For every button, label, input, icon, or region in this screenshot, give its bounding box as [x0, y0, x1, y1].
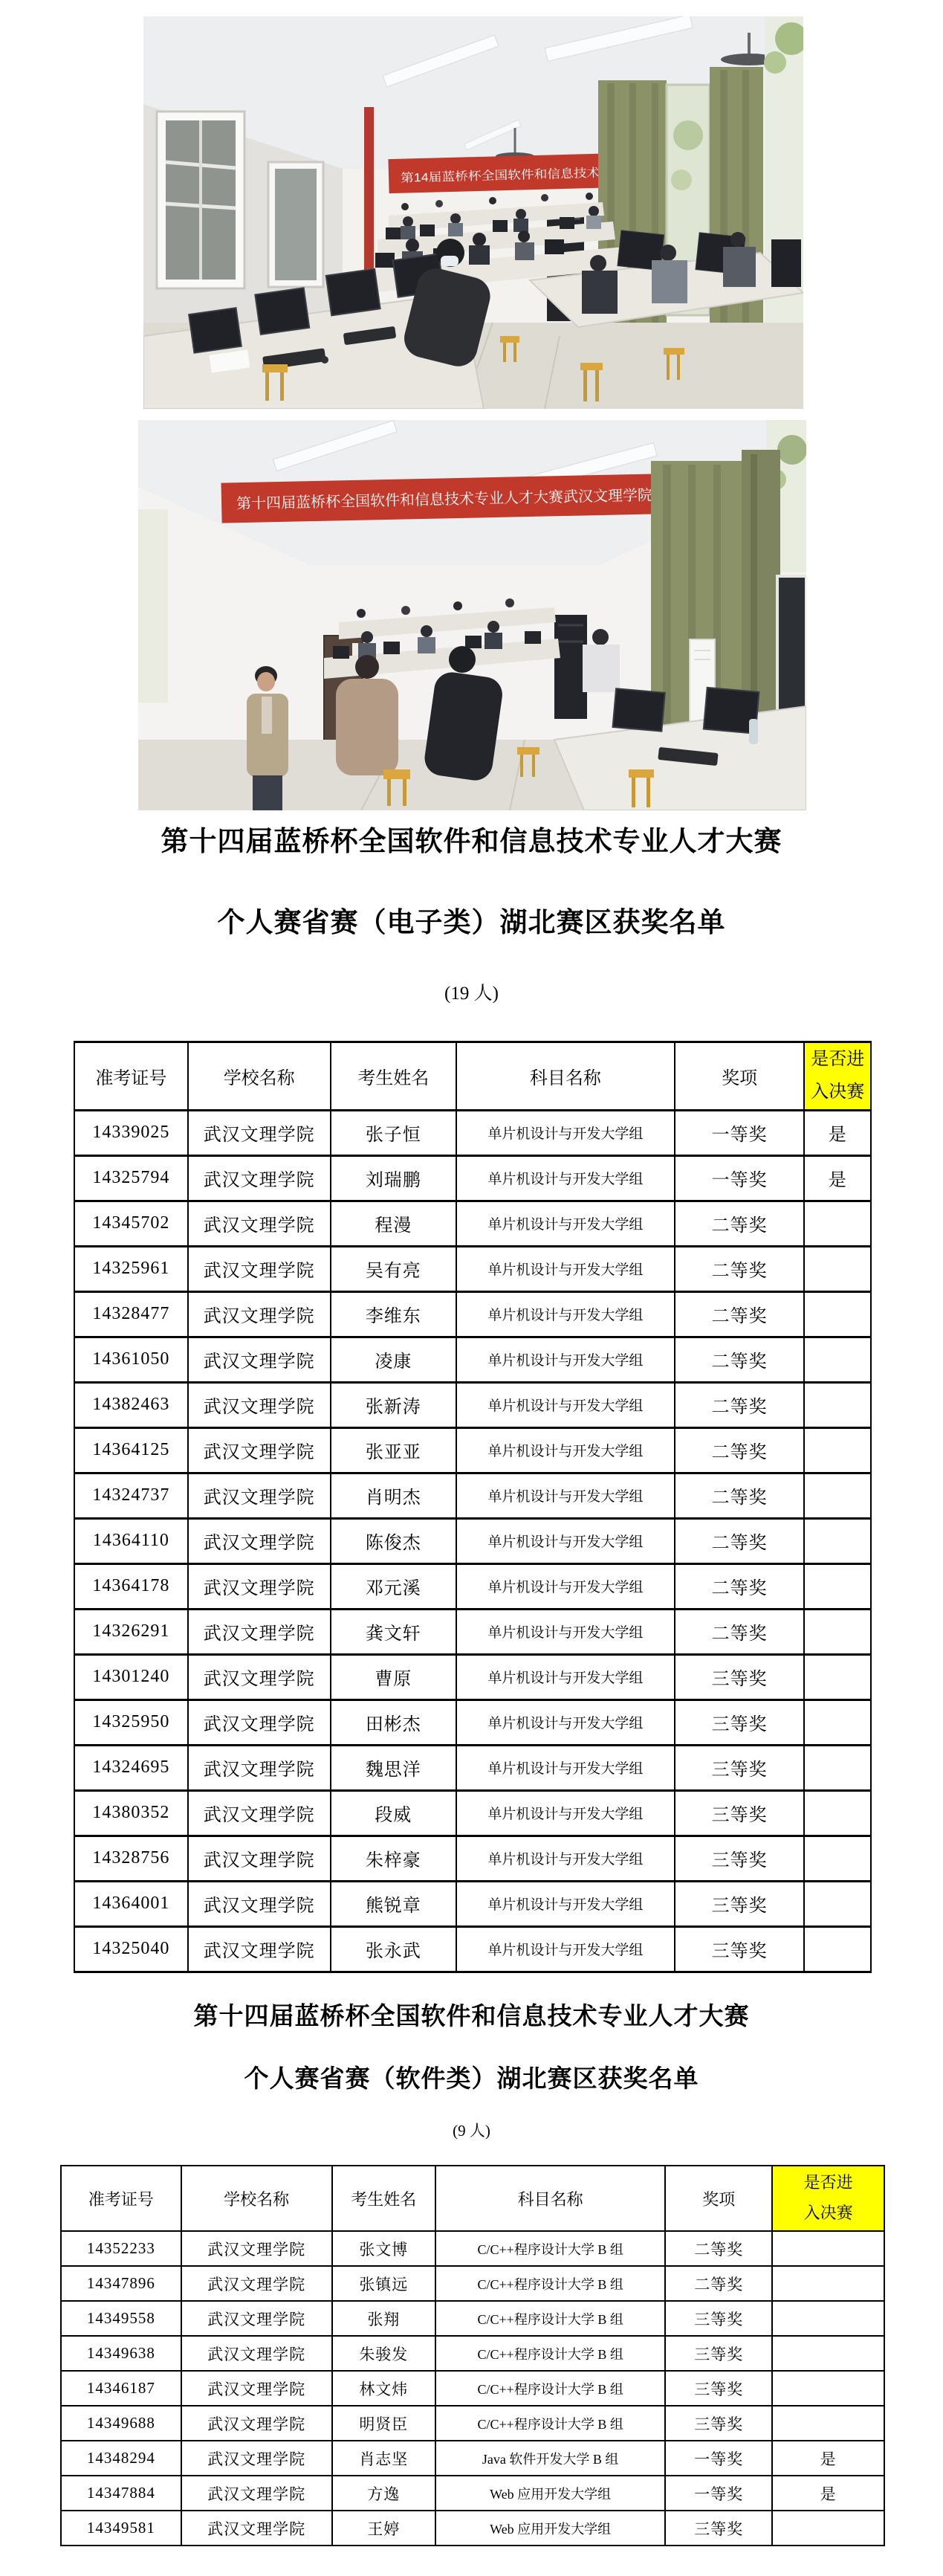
header-row: 准考证号学校名称考生姓名科目名称奖项是否进入决赛 [74, 1042, 871, 1111]
table-row: 14328477武汉文理学院李维东单片机设计与开发大学组二等奖 [74, 1291, 871, 1337]
table-row: 14325794武汉文理学院刘瑞鹏单片机设计与开发大学组一等奖是 [74, 1155, 871, 1201]
award-title-software-line-1: 第十四届蓝桥杯全国软件和信息技术专业人才大赛 [0, 1997, 943, 2032]
cell-subject-name: C/C++程序设计大学 B 组 [435, 2336, 665, 2371]
cell-award: 三等奖 [665, 2301, 772, 2336]
cell-subject-name: 单片机设计与开发大学组 [456, 1654, 675, 1699]
award-table-electronics: 准考证号学校名称考生姓名科目名称奖项是否进入决赛 14339025武汉文理学院张… [74, 1041, 872, 1973]
cell-finalist [804, 1382, 871, 1427]
cell-finalist [804, 1427, 871, 1473]
cell-finalist [804, 1654, 871, 1699]
cell-subject-name: C/C++程序设计大学 B 组 [435, 2406, 665, 2441]
cell-finalist: 是 [804, 1155, 871, 1201]
cell-award: 三等奖 [675, 1699, 805, 1745]
cell-award: 二等奖 [675, 1246, 805, 1291]
table-row: 14324737武汉文理学院肖明杰单片机设计与开发大学组二等奖 [74, 1473, 871, 1518]
award-title-electronics-line-1: 第十四届蓝桥杯全国软件和信息技术专业人才大赛 [0, 819, 943, 859]
cell-subject-name: 单片机设计与开发大学组 [456, 1110, 675, 1155]
cell-student-name: 吴有亮 [331, 1246, 456, 1291]
cell-school-name: 武汉文理学院 [188, 1291, 331, 1337]
table-row: 14382463武汉文理学院张新涛单片机设计与开发大学组二等奖 [74, 1382, 871, 1427]
cell-exam-number: 14325040 [74, 1926, 188, 1972]
cell-finalist [772, 2266, 884, 2301]
cell-subject-name: 单片机设计与开发大学组 [456, 1201, 675, 1246]
cell-finalist [804, 1790, 871, 1836]
cell-student-name: 段威 [331, 1790, 456, 1836]
cell-exam-number: 14352233 [61, 2231, 181, 2266]
cell-award: 三等奖 [675, 1790, 805, 1836]
cell-finalist [804, 1337, 871, 1382]
cell-school-name: 武汉文理学院 [188, 1699, 331, 1745]
header-row: 准考证号学校名称考生姓名科目名称奖项是否进入决赛 [61, 2166, 884, 2231]
column-header-school-name: 学校名称 [181, 2166, 332, 2231]
cell-student-name: 凌康 [331, 1337, 456, 1382]
cell-exam-number: 14346187 [61, 2371, 181, 2406]
table-row: 14325961武汉文理学院吴有亮单片机设计与开发大学组二等奖 [74, 1246, 871, 1291]
cell-school-name: 武汉文理学院 [181, 2406, 332, 2441]
cell-student-name: 刘瑞鹏 [331, 1155, 456, 1201]
table-row: 14325040武汉文理学院张永武单片机设计与开发大学组三等奖 [74, 1926, 871, 1972]
cell-finalist [804, 1473, 871, 1518]
cell-subject-name: C/C++程序设计大学 B 组 [435, 2371, 665, 2406]
cell-award: 二等奖 [675, 1473, 805, 1518]
cell-subject-name: Java 软件开发大学 B 组 [435, 2441, 665, 2476]
table-row: 14364178武汉文理学院邓元溪单片机设计与开发大学组二等奖 [74, 1563, 871, 1609]
cell-exam-number: 14364178 [74, 1563, 188, 1609]
cell-student-name: 陈俊杰 [331, 1518, 456, 1563]
cell-school-name: 武汉文理学院 [188, 1518, 331, 1563]
cell-school-name: 武汉文理学院 [188, 1609, 331, 1654]
cell-finalist [804, 1291, 871, 1337]
column-header-finalist: 是否进入决赛 [772, 2166, 884, 2231]
cell-student-name: 邓元溪 [331, 1563, 456, 1609]
cell-finalist [804, 1926, 871, 1972]
cell-finalist [804, 1881, 871, 1926]
cell-student-name: 朱梓豪 [331, 1836, 456, 1881]
cell-finalist: 是 [804, 1110, 871, 1155]
cell-exam-number: 14382463 [74, 1382, 188, 1427]
cell-finalist [804, 1563, 871, 1609]
cell-subject-name: 单片机设计与开发大学组 [456, 1155, 675, 1201]
cell-finalist [804, 1246, 871, 1291]
server-rack [554, 615, 587, 719]
cell-award: 三等奖 [665, 2511, 772, 2546]
cell-student-name: 明贤臣 [332, 2406, 436, 2441]
cell-student-name: 方逸 [332, 2476, 436, 2511]
cell-school-name: 武汉文理学院 [181, 2266, 332, 2301]
cell-award: 三等奖 [675, 1881, 805, 1926]
cell-student-name: 肖明杰 [331, 1473, 456, 1518]
table-row: 14349558武汉文理学院张翔C/C++程序设计大学 B 组三等奖 [61, 2301, 884, 2336]
table-row: 14361050武汉文理学院凌康单片机设计与开发大学组二等奖 [74, 1337, 871, 1382]
cell-award: 三等奖 [665, 2336, 772, 2371]
cell-award: 二等奖 [675, 1427, 805, 1473]
cell-school-name: 武汉文理学院 [181, 2301, 332, 2336]
cell-exam-number: 14325950 [74, 1699, 188, 1745]
column-header-subject-name: 科目名称 [456, 1042, 675, 1111]
table-row: 14347884武汉文理学院方逸Web 应用开发大学组一等奖是 [61, 2476, 884, 2511]
cell-finalist [804, 1518, 871, 1563]
left-window [138, 509, 168, 703]
cell-subject-name: 单片机设计与开发大学组 [456, 1518, 675, 1563]
cell-award: 一等奖 [675, 1110, 805, 1155]
winner-count-software: (9 人) [0, 2119, 943, 2141]
cell-school-name: 武汉文理学院 [188, 1926, 331, 1972]
column-header-finalist-label: 是否进入决赛 [803, 2168, 854, 2228]
cell-award: 一等奖 [675, 1155, 805, 1201]
column-header-exam-number: 准考证号 [74, 1042, 188, 1111]
cell-student-name: 程漫 [331, 1201, 456, 1246]
cell-finalist [772, 2336, 884, 2371]
cell-school-name: 武汉文理学院 [181, 2371, 332, 2406]
column-header-award: 奖项 [675, 1042, 805, 1111]
cell-exam-number: 14328756 [74, 1836, 188, 1881]
cell-exam-number: 14361050 [74, 1337, 188, 1382]
cell-student-name: 张永武 [331, 1926, 456, 1972]
cell-exam-number: 14324695 [74, 1745, 188, 1790]
cell-school-name: 武汉文理学院 [181, 2231, 332, 2266]
cell-finalist [804, 1609, 871, 1654]
cell-subject-name: 单片机设计与开发大学组 [456, 1291, 675, 1337]
cell-subject-name: 单片机设计与开发大学组 [456, 1699, 675, 1745]
cell-exam-number: 14325961 [74, 1246, 188, 1291]
cell-exam-number: 14339025 [74, 1110, 188, 1155]
cell-exam-number: 14328477 [74, 1291, 188, 1337]
cell-school-name: 武汉文理学院 [188, 1790, 331, 1836]
cell-school-name: 武汉文理学院 [188, 1110, 331, 1155]
cell-exam-number: 14364125 [74, 1427, 188, 1473]
photo-1-computer-lab: 第14届蓝桥杯全国软件和信息技术专业人才大赛(软件组) [143, 16, 803, 409]
cell-subject-name: C/C++程序设计大学 B 组 [435, 2231, 665, 2266]
cell-student-name: 田彬杰 [331, 1699, 456, 1745]
cell-subject-name: 单片机设计与开发大学组 [456, 1427, 675, 1473]
cell-finalist [772, 2511, 884, 2546]
cell-exam-number: 14345702 [74, 1201, 188, 1246]
table-row: 14346187武汉文理学院林文炜C/C++程序设计大学 B 组三等奖 [61, 2371, 884, 2406]
column-header-school-name: 学校名称 [188, 1042, 331, 1111]
cell-exam-number: 14325794 [74, 1155, 188, 1201]
column-header-student-name: 考生姓名 [331, 1042, 456, 1111]
cell-subject-name: 单片机设计与开发大学组 [456, 1382, 675, 1427]
cell-student-name: 张翔 [332, 2301, 436, 2336]
cell-award: 二等奖 [665, 2231, 772, 2266]
table-row: 14380352武汉文理学院段威单片机设计与开发大学组三等奖 [74, 1790, 871, 1836]
cell-school-name: 武汉文理学院 [188, 1745, 331, 1790]
cell-school-name: 武汉文理学院 [188, 1337, 331, 1382]
cell-subject-name: 单片机设计与开发大学组 [456, 1246, 675, 1291]
cell-student-name: 林文炜 [332, 2371, 436, 2406]
cell-student-name: 张新涛 [331, 1382, 456, 1427]
cell-award: 二等奖 [675, 1382, 805, 1427]
cell-exam-number: 14349638 [61, 2336, 181, 2371]
cell-school-name: 武汉文理学院 [181, 2441, 332, 2476]
cell-award: 二等奖 [675, 1563, 805, 1609]
cell-finalist [804, 1745, 871, 1790]
award-table-software: 准考证号学校名称考生姓名科目名称奖项是否进入决赛 14352233武汉文理学院张… [60, 2165, 885, 2546]
cell-school-name: 武汉文理学院 [188, 1155, 331, 1201]
cell-finalist [772, 2406, 884, 2441]
table-row: 14364001武汉文理学院熊锐章单片机设计与开发大学组三等奖 [74, 1881, 871, 1926]
cell-award: 二等奖 [675, 1291, 805, 1337]
award-title-electronics-line-2: 个人赛省赛（电子类）湖北赛区获奖名单 [0, 900, 943, 940]
column-header-finalist: 是否进入决赛 [804, 1042, 871, 1111]
cell-student-name: 曹原 [331, 1654, 456, 1699]
cell-finalist [772, 2371, 884, 2406]
cell-award: 三等奖 [665, 2406, 772, 2441]
cell-subject-name: C/C++程序设计大学 B 组 [435, 2301, 665, 2336]
table-row: 14364125武汉文理学院张亚亚单片机设计与开发大学组二等奖 [74, 1427, 871, 1473]
cell-school-name: 武汉文理学院 [188, 1836, 331, 1881]
cell-finalist [804, 1201, 871, 1246]
award-title-software-line-2: 个人赛省赛（软件类）湖北赛区获奖名单 [0, 2059, 943, 2094]
table-row: 14349638武汉文理学院朱骏发C/C++程序设计大学 B 组三等奖 [61, 2336, 884, 2371]
cell-school-name: 武汉文理学院 [188, 1201, 331, 1246]
cell-student-name: 张文博 [332, 2231, 436, 2266]
table-row: 14324695武汉文理学院魏思洋单片机设计与开发大学组三等奖 [74, 1745, 871, 1790]
table-row: 14349581武汉文理学院王婷Web 应用开发大学组三等奖 [61, 2511, 884, 2546]
cell-award: 二等奖 [675, 1337, 805, 1382]
photo-2-illustration: 第十四届蓝桥杯全国软件和信息技术专业人才大赛武汉文理学院赛点 [138, 420, 806, 810]
cell-subject-name: 单片机设计与开发大学组 [456, 1926, 675, 1972]
cell-school-name: 武汉文理学院 [188, 1427, 331, 1473]
cell-exam-number: 14301240 [74, 1654, 188, 1699]
cell-subject-name: Web 应用开发大学组 [435, 2511, 665, 2546]
photo-1-illustration: 第14届蓝桥杯全国软件和信息技术专业人才大赛(软件组) [143, 16, 803, 409]
cell-award: 三等奖 [665, 2371, 772, 2406]
column-header-finalist-label: 是否进入决赛 [810, 1043, 865, 1109]
cell-award: 二等奖 [665, 2266, 772, 2301]
photo-2-computer-lab: 第十四届蓝桥杯全国软件和信息技术专业人才大赛武汉文理学院赛点 [138, 420, 806, 810]
cell-award: 二等奖 [675, 1518, 805, 1563]
cell-exam-number: 14364001 [74, 1881, 188, 1926]
cell-subject-name: 单片机设计与开发大学组 [456, 1745, 675, 1790]
cell-award: 二等奖 [675, 1201, 805, 1246]
cell-subject-name: 单片机设计与开发大学组 [456, 1881, 675, 1926]
cell-subject-name: 单片机设计与开发大学组 [456, 1609, 675, 1654]
cell-student-name: 李维东 [331, 1291, 456, 1337]
cell-finalist [772, 2301, 884, 2336]
cell-award: 三等奖 [675, 1654, 805, 1699]
cell-finalist: 是 [772, 2441, 884, 2476]
cell-student-name: 龚文轩 [331, 1609, 456, 1654]
table-row: 14325950武汉文理学院田彬杰单片机设计与开发大学组三等奖 [74, 1699, 871, 1745]
cell-student-name: 熊锐章 [331, 1881, 456, 1926]
cell-award: 一等奖 [665, 2441, 772, 2476]
table-row: 14328756武汉文理学院朱梓豪单片机设计与开发大学组三等奖 [74, 1836, 871, 1881]
column-header-award: 奖项 [665, 2166, 772, 2231]
cell-school-name: 武汉文理学院 [181, 2511, 332, 2546]
column-header-student-name: 考生姓名 [332, 2166, 436, 2231]
cell-student-name: 王婷 [332, 2511, 436, 2546]
cell-student-name: 张子恒 [331, 1110, 456, 1155]
cell-award: 三等奖 [675, 1745, 805, 1790]
table-row: 14326291武汉文理学院龚文轩单片机设计与开发大学组二等奖 [74, 1609, 871, 1654]
cell-subject-name: 单片机设计与开发大学组 [456, 1563, 675, 1609]
table-row: 14349688武汉文理学院明贤臣C/C++程序设计大学 B 组三等奖 [61, 2406, 884, 2441]
table-header-row: 准考证号学校名称考生姓名科目名称奖项是否进入决赛 [74, 1042, 871, 1111]
column-header-subject-name: 科目名称 [435, 2166, 665, 2231]
table-row: 14347896武汉文理学院张镇远C/C++程序设计大学 B 组二等奖 [61, 2266, 884, 2301]
table-row: 14339025武汉文理学院张子恒单片机设计与开发大学组一等奖是 [74, 1110, 871, 1155]
cell-school-name: 武汉文理学院 [188, 1654, 331, 1699]
column-header-exam-number: 准考证号 [61, 2166, 181, 2231]
cell-exam-number: 14364110 [74, 1518, 188, 1563]
table-body: 14339025武汉文理学院张子恒单片机设计与开发大学组一等奖是14325794… [74, 1110, 871, 1972]
cell-subject-name: Web 应用开发大学组 [435, 2476, 665, 2511]
cell-student-name: 肖志坚 [332, 2441, 436, 2476]
cell-subject-name: 单片机设计与开发大学组 [456, 1473, 675, 1518]
cell-exam-number: 14347884 [61, 2476, 181, 2511]
cell-exam-number: 14349581 [61, 2511, 181, 2546]
cell-exam-number: 14324737 [74, 1473, 188, 1518]
table-row: 14348294武汉文理学院肖志坚Java 软件开发大学 B 组一等奖是 [61, 2441, 884, 2476]
cell-exam-number: 14347896 [61, 2266, 181, 2301]
table-row: 14364110武汉文理学院陈俊杰单片机设计与开发大学组二等奖 [74, 1518, 871, 1563]
cell-school-name: 武汉文理学院 [188, 1563, 331, 1609]
cell-school-name: 武汉文理学院 [188, 1473, 331, 1518]
cell-finalist [804, 1836, 871, 1881]
cell-exam-number: 14348294 [61, 2441, 181, 2476]
table-row: 14352233武汉文理学院张文博C/C++程序设计大学 B 组二等奖 [61, 2231, 884, 2266]
cell-subject-name: C/C++程序设计大学 B 组 [435, 2266, 665, 2301]
table-row: 14345702武汉文理学院程漫单片机设计与开发大学组二等奖 [74, 1201, 871, 1246]
cell-subject-name: 单片机设计与开发大学组 [456, 1790, 675, 1836]
cell-award: 二等奖 [675, 1609, 805, 1654]
cell-exam-number: 14326291 [74, 1609, 188, 1654]
cell-student-name: 朱骏发 [332, 2336, 436, 2371]
cell-award: 一等奖 [665, 2476, 772, 2511]
cell-finalist [772, 2231, 884, 2266]
cell-school-name: 武汉文理学院 [181, 2336, 332, 2371]
cell-award: 三等奖 [675, 1836, 805, 1881]
cell-school-name: 武汉文理学院 [188, 1881, 331, 1926]
cell-exam-number: 14380352 [74, 1790, 188, 1836]
page: 第14届蓝桥杯全国软件和信息技术专业人才大赛(软件组) [0, 0, 943, 2576]
table-header-row: 准考证号学校名称考生姓名科目名称奖项是否进入决赛 [61, 2166, 884, 2231]
cell-subject-name: 单片机设计与开发大学组 [456, 1836, 675, 1881]
cell-student-name: 张亚亚 [331, 1427, 456, 1473]
cell-student-name: 张镇远 [332, 2266, 436, 2301]
cell-exam-number: 14349688 [61, 2406, 181, 2441]
cell-school-name: 武汉文理学院 [188, 1382, 331, 1427]
cell-finalist [804, 1699, 871, 1745]
cell-school-name: 武汉文理学院 [188, 1246, 331, 1291]
cell-finalist: 是 [772, 2476, 884, 2511]
cell-subject-name: 单片机设计与开发大学组 [456, 1337, 675, 1382]
table-row: 14301240武汉文理学院曹原单片机设计与开发大学组三等奖 [74, 1654, 871, 1699]
table-body: 14352233武汉文理学院张文博C/C++程序设计大学 B 组二等奖14347… [61, 2231, 884, 2546]
cell-exam-number: 14349558 [61, 2301, 181, 2336]
winner-count-electronics: (19 人) [0, 978, 943, 1005]
cell-student-name: 魏思洋 [331, 1745, 456, 1790]
cell-award: 三等奖 [675, 1926, 805, 1972]
cell-school-name: 武汉文理学院 [181, 2476, 332, 2511]
